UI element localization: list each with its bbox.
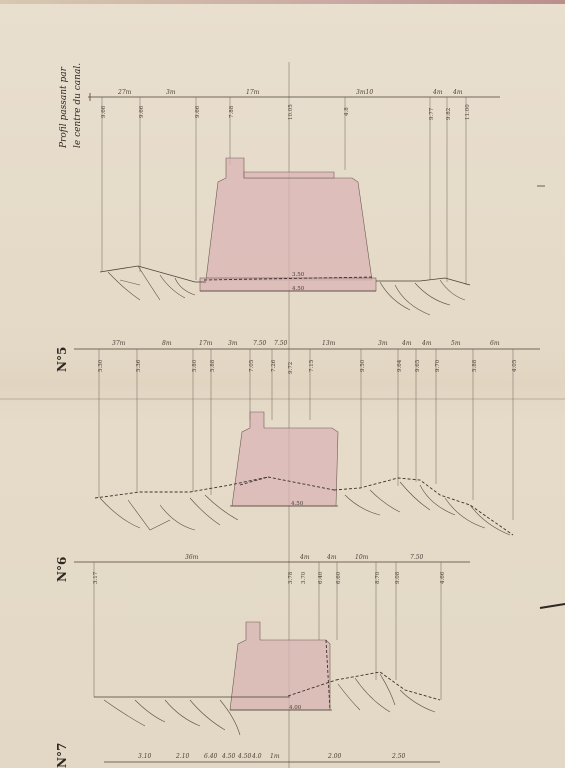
svg-text:27m: 27m [117, 89, 132, 96]
svg-text:6.40: 6.40 [204, 753, 218, 760]
svg-text:4m: 4m [401, 340, 412, 347]
profile-number: N°6 [55, 557, 69, 582]
profile-5: N°5 37m 8m 17m 3m 7.50 7.5 [55, 340, 540, 535]
svg-text:4m: 4m [432, 89, 443, 96]
svg-text:4m: 4m [299, 554, 310, 561]
svg-text:7.50: 7.50 [410, 554, 424, 561]
svg-text:5.88: 5.88 [472, 359, 478, 372]
svg-text:5.80: 5.80 [192, 359, 198, 372]
svg-text:1m: 1m [270, 753, 280, 760]
svg-text:3m: 3m [228, 340, 238, 347]
title-line-2: le centre du canal. [73, 63, 83, 148]
svg-text:4.8: 4.8 [344, 107, 350, 116]
svg-text:5.30: 5.30 [98, 359, 104, 372]
svg-text:7.88: 7.88 [229, 105, 235, 118]
svg-text:9.77: 9.77 [429, 107, 435, 120]
svg-text:3.78: 3.78 [288, 571, 294, 584]
profile-number: N°7 [55, 743, 69, 768]
masonry-section: 4.00 [230, 622, 336, 711]
svg-text:4.50: 4.50 [221, 753, 236, 760]
svg-text:17m: 17m [199, 340, 213, 347]
masonry-section: 3.50 4.50 [200, 158, 376, 292]
svg-text:3.17: 3.17 [93, 571, 99, 584]
svg-text:4.05: 4.05 [512, 359, 518, 372]
svg-text:3.50: 3.50 [292, 272, 305, 278]
svg-text:36m: 36m [185, 554, 199, 561]
svg-text:2.10: 2.10 [175, 753, 190, 760]
elevation-labels: 9.66 9.66 9.66 7.88 10.05 4.8 9.77 9.82 … [101, 104, 471, 120]
svg-text:8m: 8m [162, 340, 172, 347]
svg-text:7.50: 7.50 [274, 340, 288, 347]
svg-text:10m: 10m [355, 554, 369, 561]
drawing-canvas: Profil passant par le centre du canal. 2… [0, 0, 565, 768]
svg-text:3.70: 3.70 [301, 571, 307, 584]
svg-text:7.15: 7.15 [309, 359, 315, 372]
svg-text:4.66: 4.66 [440, 571, 446, 584]
elevation-labels: 5.30 5.36 5.80 5.88 7.05 7.26 9.72 7.15 … [98, 359, 518, 374]
svg-text:17m: 17m [246, 89, 260, 96]
svg-text:9.50: 9.50 [360, 359, 366, 372]
svg-text:9.66: 9.66 [139, 105, 145, 118]
elevation-labels: 3.17 3.78 3.70 6.40 6.60 8.70 9.08 4.66 [93, 571, 446, 584]
svg-text:4m: 4m [326, 554, 337, 561]
svg-text:4m: 4m [452, 89, 463, 96]
svg-text:3.10: 3.10 [138, 753, 152, 760]
svg-text:2.50: 2.50 [391, 753, 406, 760]
drawing-title: Profil passant par le centre du canal. [59, 63, 83, 149]
svg-text:7.26: 7.26 [271, 359, 277, 372]
svg-text:4.0: 4.0 [251, 753, 262, 760]
svg-text:9.65: 9.65 [415, 359, 421, 372]
profile-center: 27m 3m 17m 3m10 4m 4m 9.66 9.66 9.66 7.8… [88, 89, 500, 315]
svg-text:7.50: 7.50 [253, 340, 267, 347]
svg-text:5m: 5m [451, 340, 461, 347]
masonry-section: 4.50 [230, 412, 338, 507]
svg-text:5.88: 5.88 [210, 359, 216, 372]
svg-text:9.72: 9.72 [288, 362, 294, 374]
svg-text:9.70: 9.70 [435, 359, 441, 372]
ink-blot [540, 604, 565, 608]
svg-text:6.40: 6.40 [318, 571, 324, 584]
svg-text:9.66: 9.66 [195, 105, 201, 118]
svg-text:3m: 3m [166, 89, 176, 96]
svg-text:11.00: 11.00 [465, 104, 471, 120]
svg-text:2.00: 2.00 [327, 753, 342, 760]
title-line-1: Profil passant par [59, 66, 69, 149]
profile-7: N°7 3.10 2.10 6.40 4.50 4.50 4.0 1m 2.00… [55, 743, 440, 768]
svg-text:4.50: 4.50 [292, 286, 305, 292]
profile-6: N°6 36m 4m 4m 10m 7.50 3.17 3.78 3.70 6.… [55, 554, 470, 735]
svg-text:3m10: 3m10 [356, 89, 373, 96]
svg-text:10.05: 10.05 [288, 104, 294, 120]
svg-text:7.05: 7.05 [249, 359, 255, 372]
svg-text:13m: 13m [322, 340, 336, 347]
svg-text:9.66: 9.66 [101, 105, 107, 118]
svg-text:4m: 4m [421, 340, 432, 347]
svg-text:9.64: 9.64 [397, 359, 403, 372]
svg-text:6.60: 6.60 [336, 571, 342, 584]
profile-number: N°5 [55, 347, 69, 372]
svg-text:8.70: 8.70 [375, 571, 381, 584]
svg-text:37m: 37m [112, 340, 126, 347]
svg-text:5.36: 5.36 [136, 359, 142, 372]
svg-text:9.08: 9.08 [395, 571, 401, 584]
svg-text:9.82: 9.82 [446, 108, 452, 120]
svg-text:6m: 6m [490, 340, 500, 347]
svg-text:4.50: 4.50 [237, 753, 252, 760]
svg-text:4.00: 4.00 [289, 705, 302, 711]
drawing-sheet: Profil passant par le centre du canal. 2… [0, 0, 565, 768]
svg-text:3m: 3m [378, 340, 388, 347]
svg-text:4.50: 4.50 [291, 501, 304, 507]
